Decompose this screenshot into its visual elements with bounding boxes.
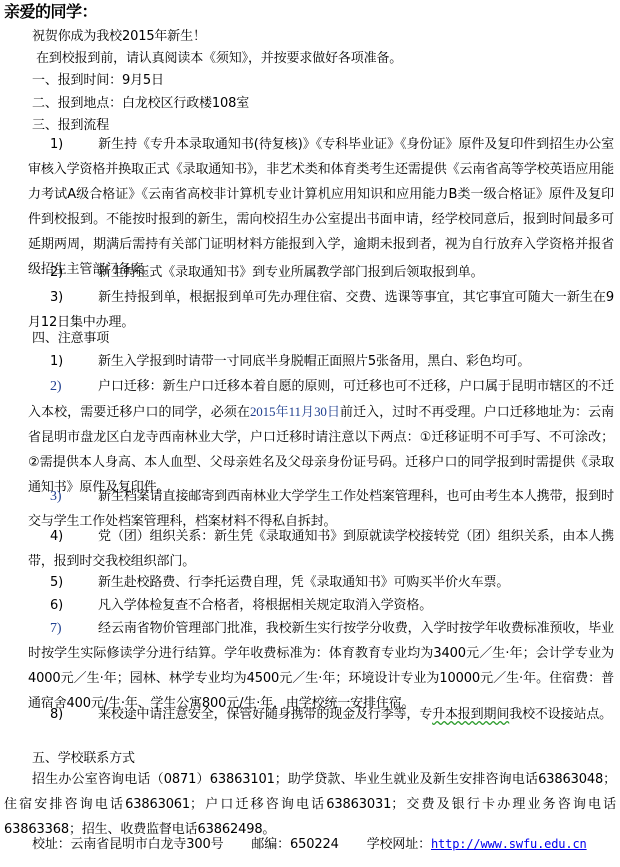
item-number: 2) [28, 374, 98, 399]
item-text: 凡入学体检复查不合格者，将根据相关规定取消入学资格。 [98, 598, 432, 613]
item-number: 3) [28, 484, 98, 509]
spellcheck-squiggle-text: 升本报到期间 [432, 707, 509, 722]
greeting-heading: 亲爱的同学： [4, 2, 97, 22]
address-row: 校址：云南省昆明市白龙寺300号邮编：650224学校网址：http://www… [32, 836, 587, 853]
school-address: 校址：云南省昆明市白龙寺300号 [32, 837, 223, 852]
instruction-line: 在到校报到前，请认真阅读本《须知》，并按要求做好各项准备。 [36, 50, 402, 67]
item-text: 经云南省物价管理部门批准，我校新生实行按学分收费，入学时按学年收费标准预收，毕业… [28, 621, 614, 711]
process-item-2: 2)新生持正式《录取通知书》到专业所属教学部门报到后领取报到单。 [28, 260, 614, 285]
item-text: 新生持报到单，根据报到单可先办理住宿、交费、选课等事宜，其它事宜可随大一新生在9… [28, 290, 614, 330]
item-text: 新生入学报到时请带一寸同底半身脱帽正面照片5张备用，黑白、彩色均可。 [98, 354, 530, 369]
postcode: 邮编：650224 [251, 837, 338, 852]
item-number: 8) [28, 702, 98, 727]
website-link[interactable]: http://www.swfu.edu.cn [431, 837, 587, 851]
enrollment-notice-document: 亲爱的同学： 祝贺你成为我校2015年新生！ 在到校报到前，请认真阅读本《须知》… [0, 0, 620, 867]
item-number: 1) [28, 349, 98, 374]
section-contact-heading: 五、学校联系方式 [32, 750, 135, 767]
note-item-4: 4)党（团）组织关系：新生凭《录取通知书》到原就读学校接转党（团）组织关系，由本… [28, 524, 614, 574]
contact-phones: 招生办公室咨询电话（0871）63863101；助学贷款、毕业生就业及新生安排咨… [4, 767, 616, 842]
note-item-8: 8)来校途中请注意安全，保管好随身携带的现金及行李等，专升本报到期间我校不设接站… [28, 702, 614, 727]
item-number: 3) [28, 285, 98, 310]
item-text: 党（团）组织关系：新生凭《录取通知书》到原就读学校接转党（团）组织关系，由本人携… [28, 529, 614, 569]
item-number: 2) [28, 260, 98, 285]
note-item-7: 7)经云南省物价管理部门批准，我校新生实行按学分收费，入学时按学年收费标准预收，… [28, 616, 614, 716]
item-text: 新生档案请直接邮寄到西南林业大学学生工作处档案管理科，也可由考生本人携带，报到时… [28, 489, 614, 529]
note-item-5: 5)新生赴校路费、行李托运费自理，凭《录取通知书》可购买半价火车票。 [28, 570, 614, 595]
website-label: 学校网址： [367, 837, 431, 852]
congrats-line: 祝贺你成为我校2015年新生！ [32, 28, 206, 45]
note-item-1: 1)新生入学报到时请带一寸同底半身脱帽正面照片5张备用，黑白、彩色均可。 [28, 349, 614, 374]
item-number: 6) [28, 593, 98, 618]
note-item-2: 2)户口迁移：新生户口迁移本着自愿的原则，可迁移也可不迁移，户口属于昆明市辖区的… [28, 374, 614, 500]
item-number: 4) [28, 524, 98, 549]
section-notes-heading: 四、注意事项 [32, 330, 109, 347]
deadline-date: 2015年11月30日 [250, 404, 340, 419]
section-time: 一、报到时间：9月5日 [32, 72, 164, 89]
process-item-3: 3)新生持报到单，根据报到单可先办理住宿、交费、选课等事宜，其它事宜可随大一新生… [28, 285, 614, 335]
item-number: 1) [28, 132, 98, 157]
item-text: 新生赴校路费、行李托运费自理，凭《录取通知书》可购买半价火车票。 [98, 575, 509, 590]
note-item-6: 6)凡入学体检复查不合格者，将根据相关规定取消入学资格。 [28, 593, 614, 618]
item-number: 7) [28, 616, 98, 641]
item-text-after: 我校不设接站点。 [509, 707, 612, 722]
section-place: 二、报到地点：白龙校区行政楼108室 [32, 95, 249, 112]
item-text: 新生持《专升本录取通知书(待复核)》《专科毕业证》《身份证》原件及复印件到招生办… [28, 137, 614, 277]
item-text: 新生持正式《录取通知书》到专业所属教学部门报到后领取报到单。 [98, 265, 484, 280]
item-text-before: 来校途中请注意安全，保管好随身携带的现金及行李等，专 [98, 707, 432, 722]
item-number: 5) [28, 570, 98, 595]
